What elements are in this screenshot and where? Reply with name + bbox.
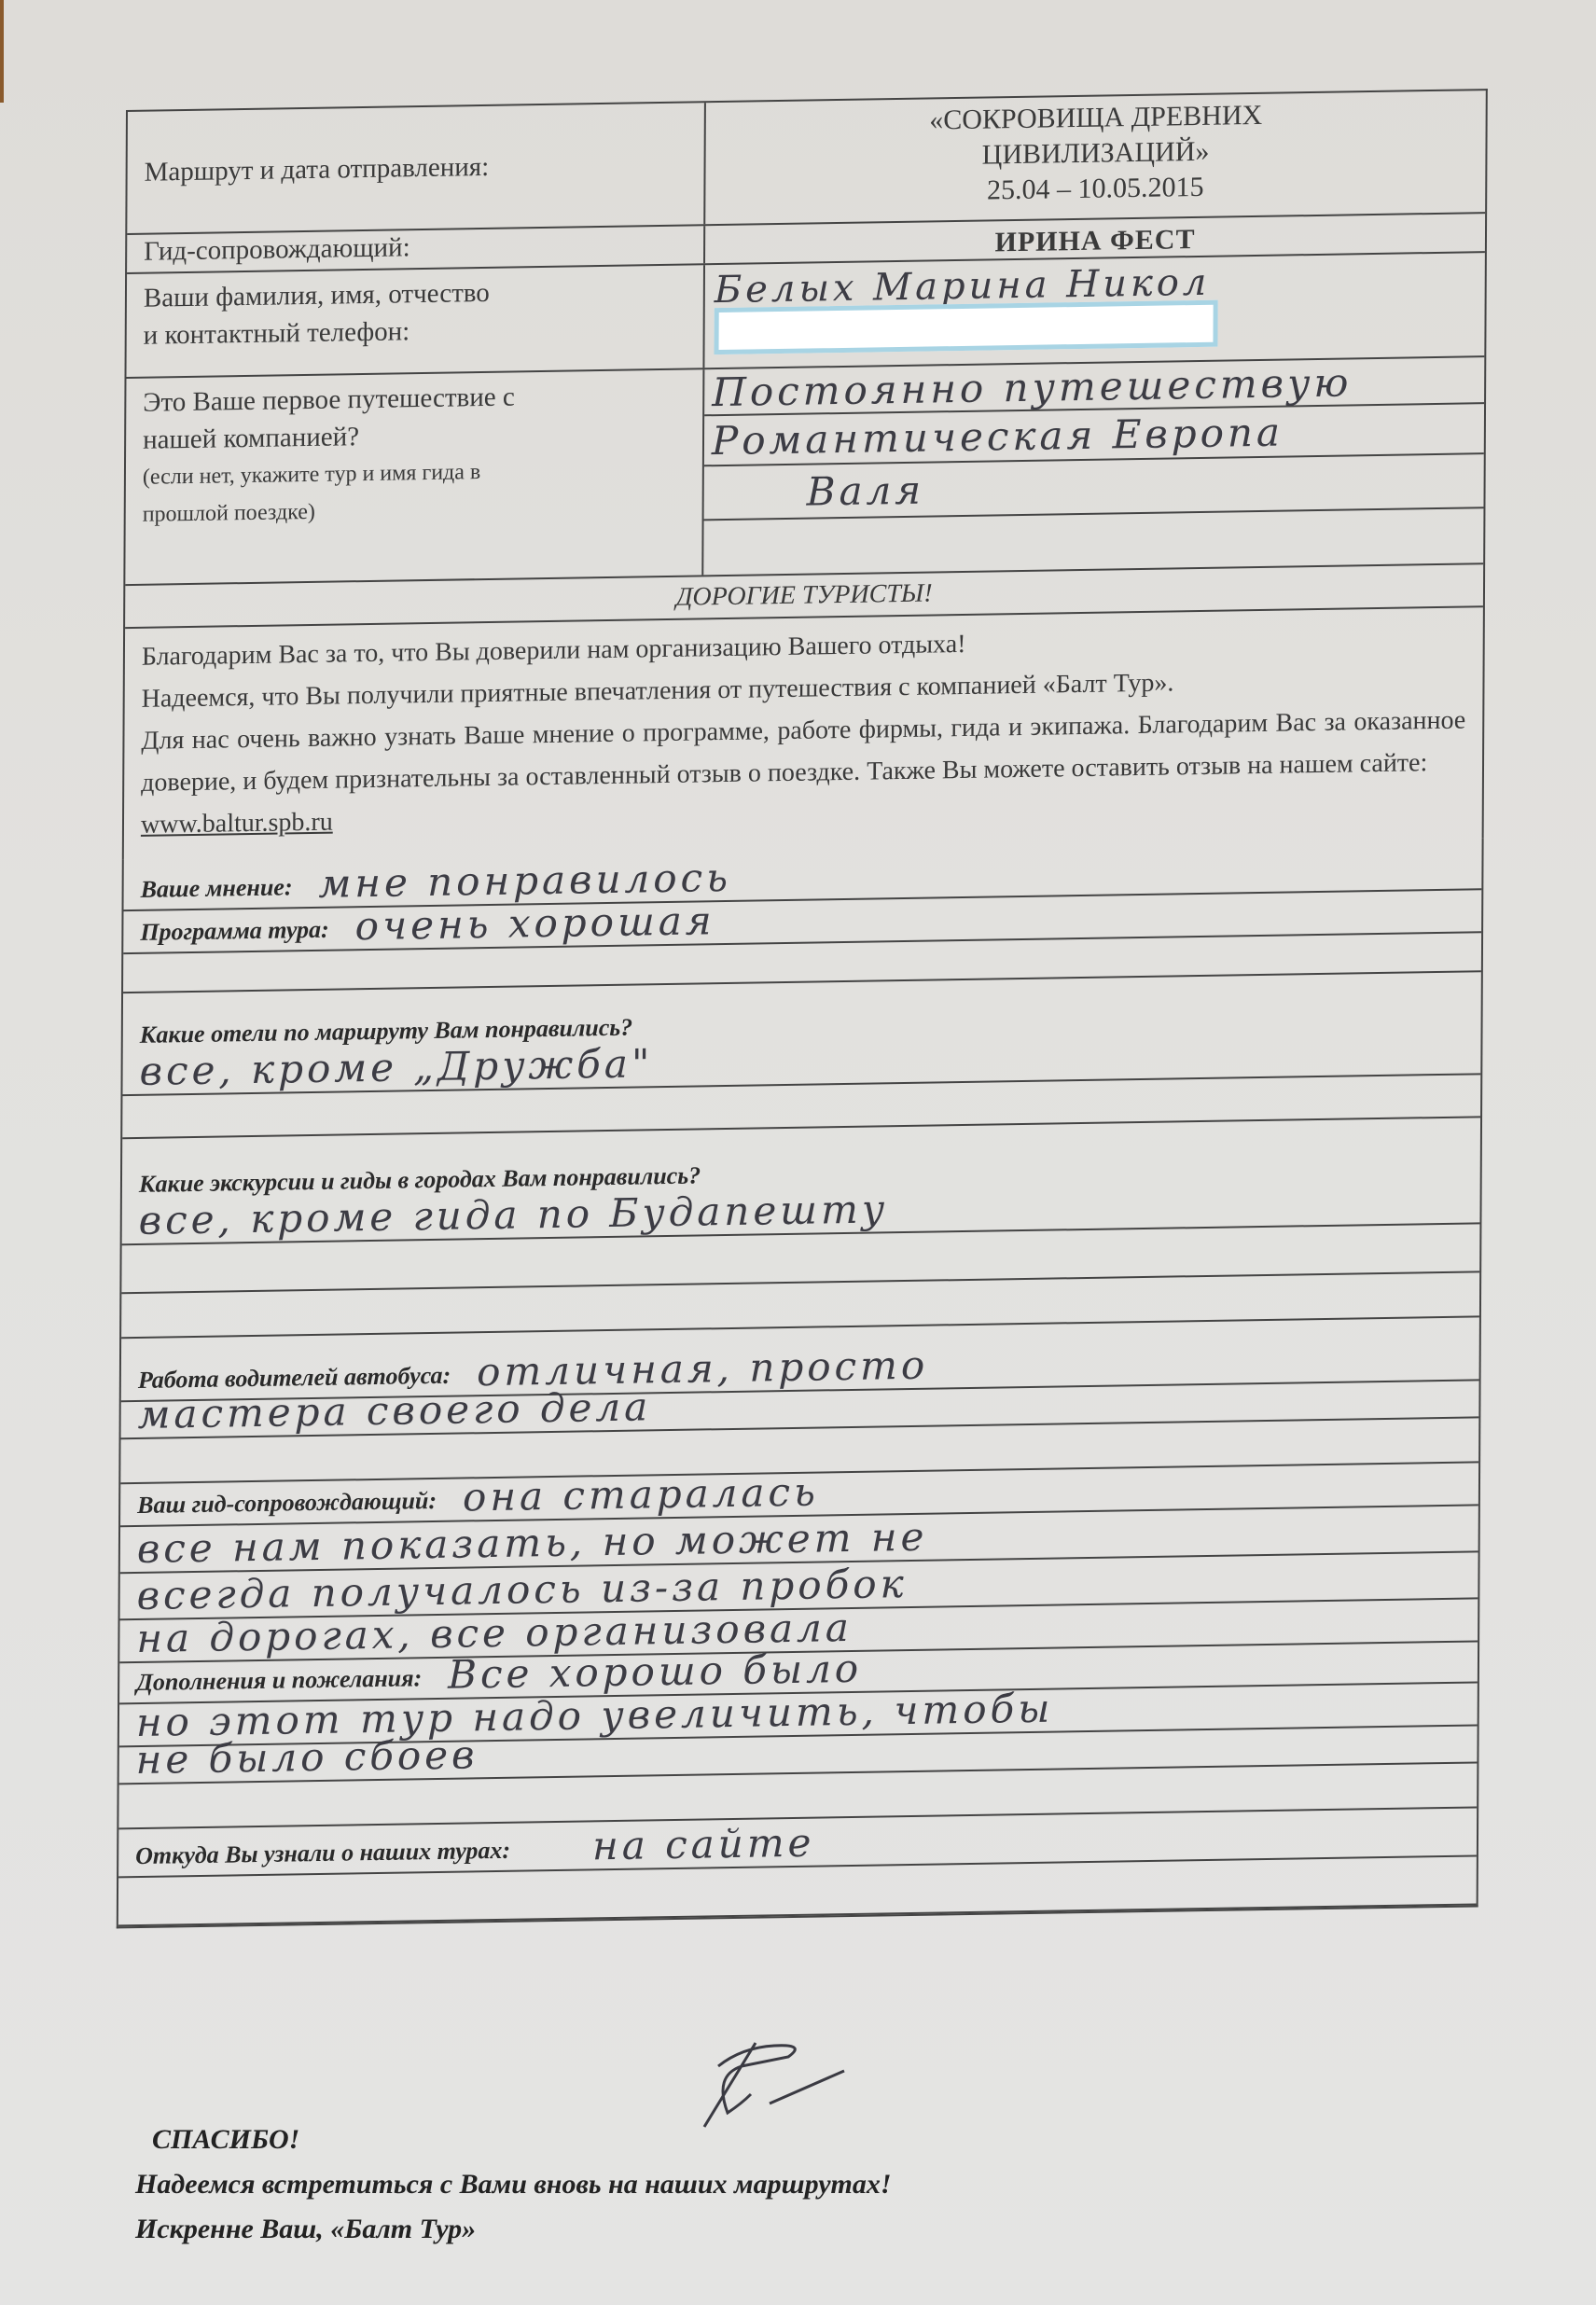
first-trip-hint-line2: прошлой поездке): [143, 488, 686, 534]
feedback-form: Маршрут и дата отправления: «СОКРОВИЩА Д…: [117, 89, 1488, 1928]
program-answer[interactable]: очень хорошая: [355, 897, 715, 949]
route-value: «СОКРОВИЩА ДРЕВНИХ ЦИВИЛИЗАЦИЙ» 25.04 – …: [705, 90, 1486, 224]
footer-message: СПАСИБО! Надеемся встретиться с Вами вно…: [135, 2118, 892, 2252]
questions-section: Ваше мнение: мне понравилось Программа т…: [117, 838, 1484, 1928]
name-label-line2: и контактный телефон:: [144, 309, 687, 354]
guide-feedback-label: Ваш гид-сопровождающий:: [137, 1487, 437, 1525]
desk-edge: [0, 0, 4, 103]
first-trip-label: Это Ваше первое путешествие с нашей комп…: [125, 369, 704, 584]
source-answer[interactable]: на сайте: [592, 1820, 815, 1869]
guide-label: Гид-сопровождающий:: [127, 226, 705, 272]
wishes-answer-line3[interactable]: не было сбоев: [136, 1731, 479, 1783]
footer-thanks: СПАСИБО!: [135, 2118, 892, 2162]
form-header-table: Маршрут и дата отправления: «СОКРОВИЩА Д…: [122, 89, 1488, 859]
guide-answer-line1[interactable]: она старалась: [463, 1469, 819, 1520]
drivers-answer-line2[interactable]: мастера своего дела: [138, 1383, 652, 1437]
first-trip-answer: Постоянно путешествую Романтическая Евро…: [703, 357, 1484, 575]
footer-line2: Надеемся встретиться с Вами вновь на наш…: [135, 2162, 892, 2207]
phone-redacted: [714, 300, 1217, 354]
program-label: Программа тура:: [140, 916, 329, 952]
hotels-answer[interactable]: все, кроме „Дружба": [139, 1040, 653, 1094]
first-trip-row: Это Ваше первое путешествие с нашей комп…: [125, 357, 1484, 586]
opinion-label: Ваше мнение:: [141, 873, 293, 910]
name-label: Ваши фамилия, имя, отчество и контактный…: [127, 265, 705, 377]
route-row: Маршрут и дата отправления: «СОКРОВИЩА Д…: [127, 90, 1486, 235]
name-value-cell: Белых Марина Никол: [704, 253, 1484, 368]
route-label: Маршрут и дата отправления:: [127, 103, 706, 233]
intro-text: Благодарим Вас за то, что Вы доверили на…: [124, 607, 1483, 859]
footer-line3: Искренне Ваш, «Балт Тур»: [135, 2207, 892, 2252]
source-label: Откуда Вы узнали о наших турах:: [135, 1837, 510, 1876]
